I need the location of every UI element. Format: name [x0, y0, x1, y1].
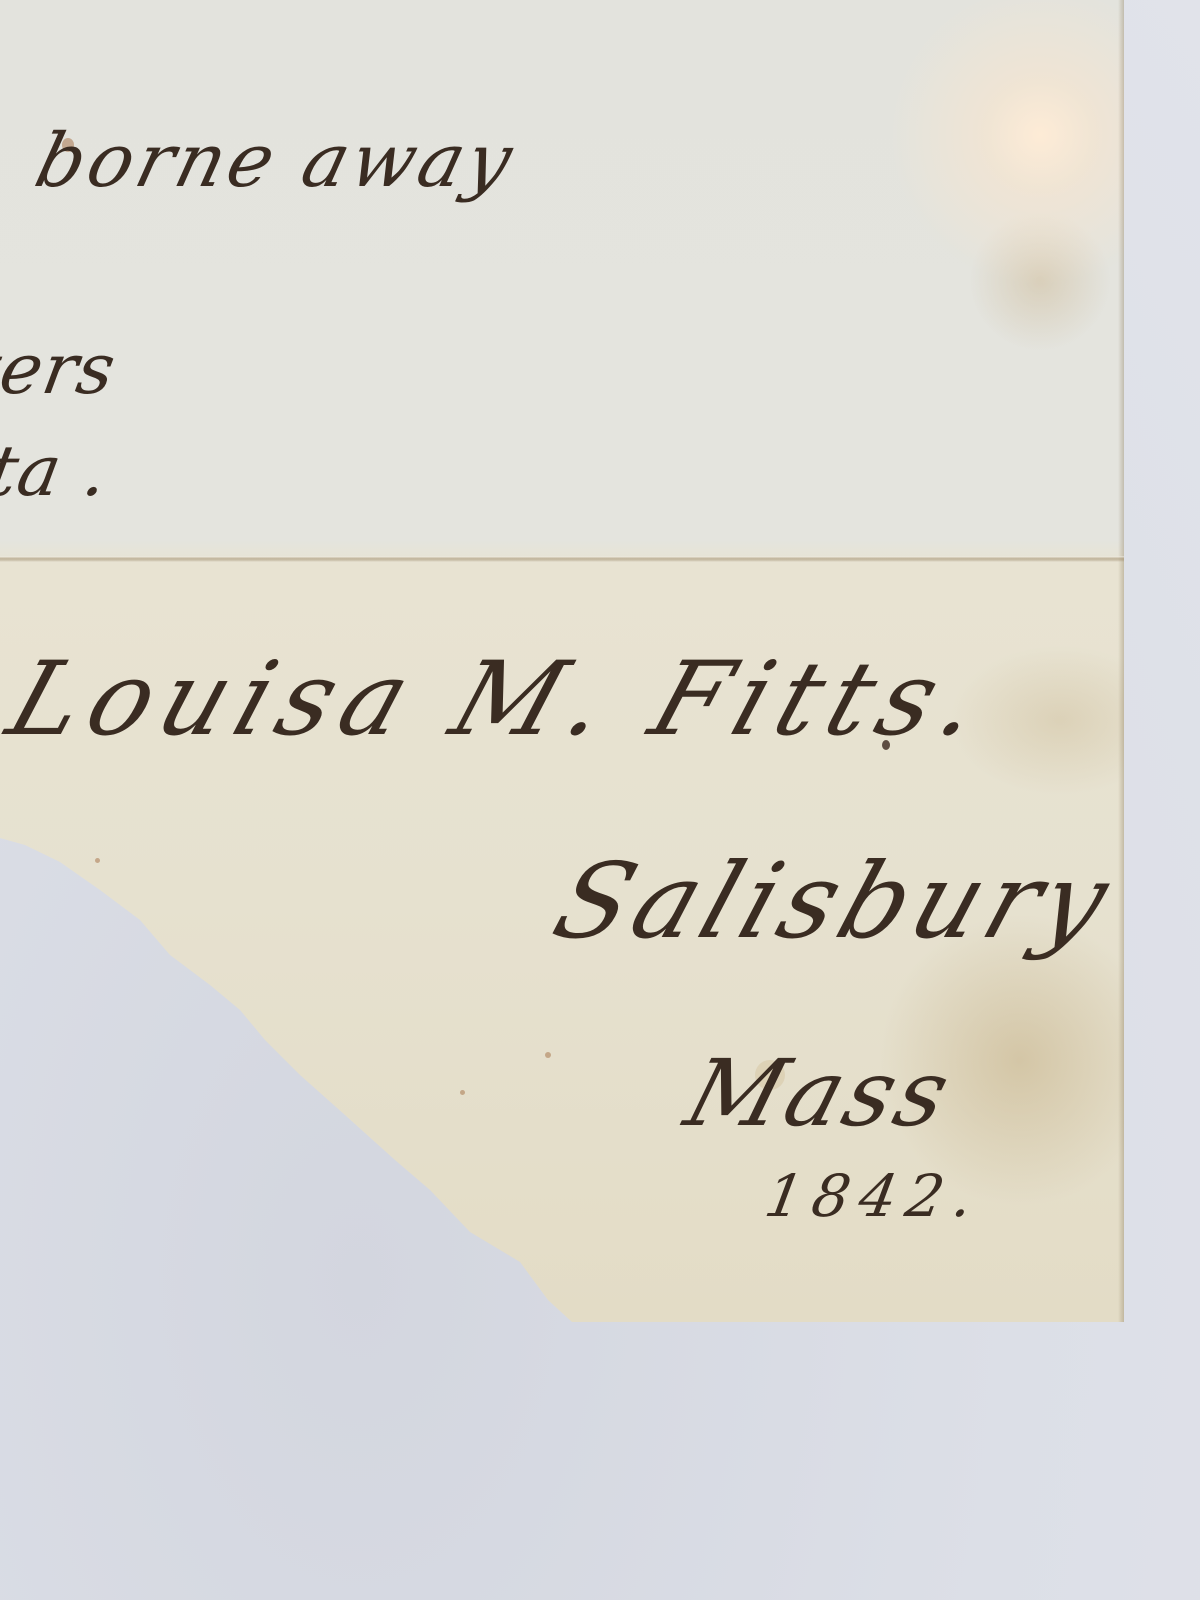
text-fragment-cut-off: ita . — [0, 430, 115, 512]
foxing-spot — [460, 1090, 465, 1095]
signature: Louisa M. Fitts. — [0, 640, 1006, 759]
text-fragment-cut-off: ters — [0, 328, 122, 410]
place-state: Mass — [675, 1040, 965, 1147]
date: 1842. — [760, 1162, 988, 1230]
foxing-spot — [545, 1052, 551, 1058]
foxing-spot — [95, 858, 100, 863]
place-town: Salisbury — [540, 840, 1129, 962]
paper-right-edge — [1118, 0, 1124, 1322]
text-line-borne-away: borne away — [27, 118, 524, 204]
paper-fold-crease — [0, 556, 1124, 562]
